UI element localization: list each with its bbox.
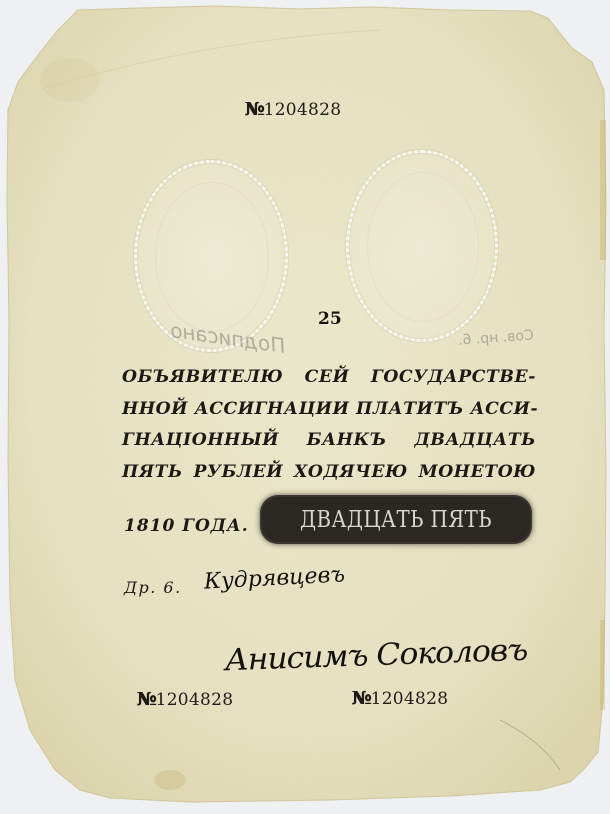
denomination-numeral: 25	[318, 309, 342, 329]
obligation-line-3: ГНАЦIОННЫЙ БАНКЪ ДВАДЦАТЬ	[122, 425, 536, 457]
serial-value: 1204828	[156, 690, 234, 710]
serial-value: 1204828	[264, 100, 342, 120]
serial-value: 1204828	[371, 689, 449, 709]
seal-inner-ring	[155, 182, 269, 333]
handwritten-clerk-name: Кудрявцевъ	[203, 562, 345, 594]
denomination-stamp: ДВАДЦАТЬ ПЯТЬ	[262, 497, 530, 542]
bottom-left-serial-number: №1204828	[137, 689, 233, 710]
issue-year: 1810 ГОДА.	[124, 516, 249, 536]
obligation-line-4: ПЯТЬ РУБЛЕЙ ХОДЯЧЕЮ МОНЕТОЮ	[122, 457, 536, 489]
mirrored-text-bleedthrough: Сов. нр. 6.	[458, 327, 535, 348]
clerk-line-prefix: Др. 6.	[124, 578, 182, 597]
seal-inner-ring	[367, 172, 480, 323]
obligation-line-1: ОБЪЯВИТЕЛЮ СЕЙ ГОСУДАРСТВЕ-	[122, 362, 536, 394]
denomination-stamp-text: ДВАДЦАТЬ ПЯТЬ	[281, 497, 511, 542]
handwritten-signature: Анисимъ Соколовъ	[224, 633, 527, 679]
obligation-text: ОБЪЯВИТЕЛЮ СЕЙ ГОСУДАРСТВЕ- ННОЙ АССИГНА…	[122, 362, 536, 488]
top-serial-number: №1204828	[245, 99, 341, 120]
numero-sign: №	[352, 688, 371, 709]
banknote-content: №1204828 25 Подписано Сов. нр. 6. ОБЪЯВИ…	[0, 0, 610, 814]
right-embossed-seal	[346, 150, 498, 342]
obligation-line-2: ННОЙ АССИГНАЦИИ ПЛАТИТЪ АССИ-	[122, 394, 536, 426]
numero-sign: №	[245, 99, 264, 120]
bottom-right-serial-number: №1204828	[352, 688, 448, 709]
numero-sign: №	[137, 689, 156, 710]
